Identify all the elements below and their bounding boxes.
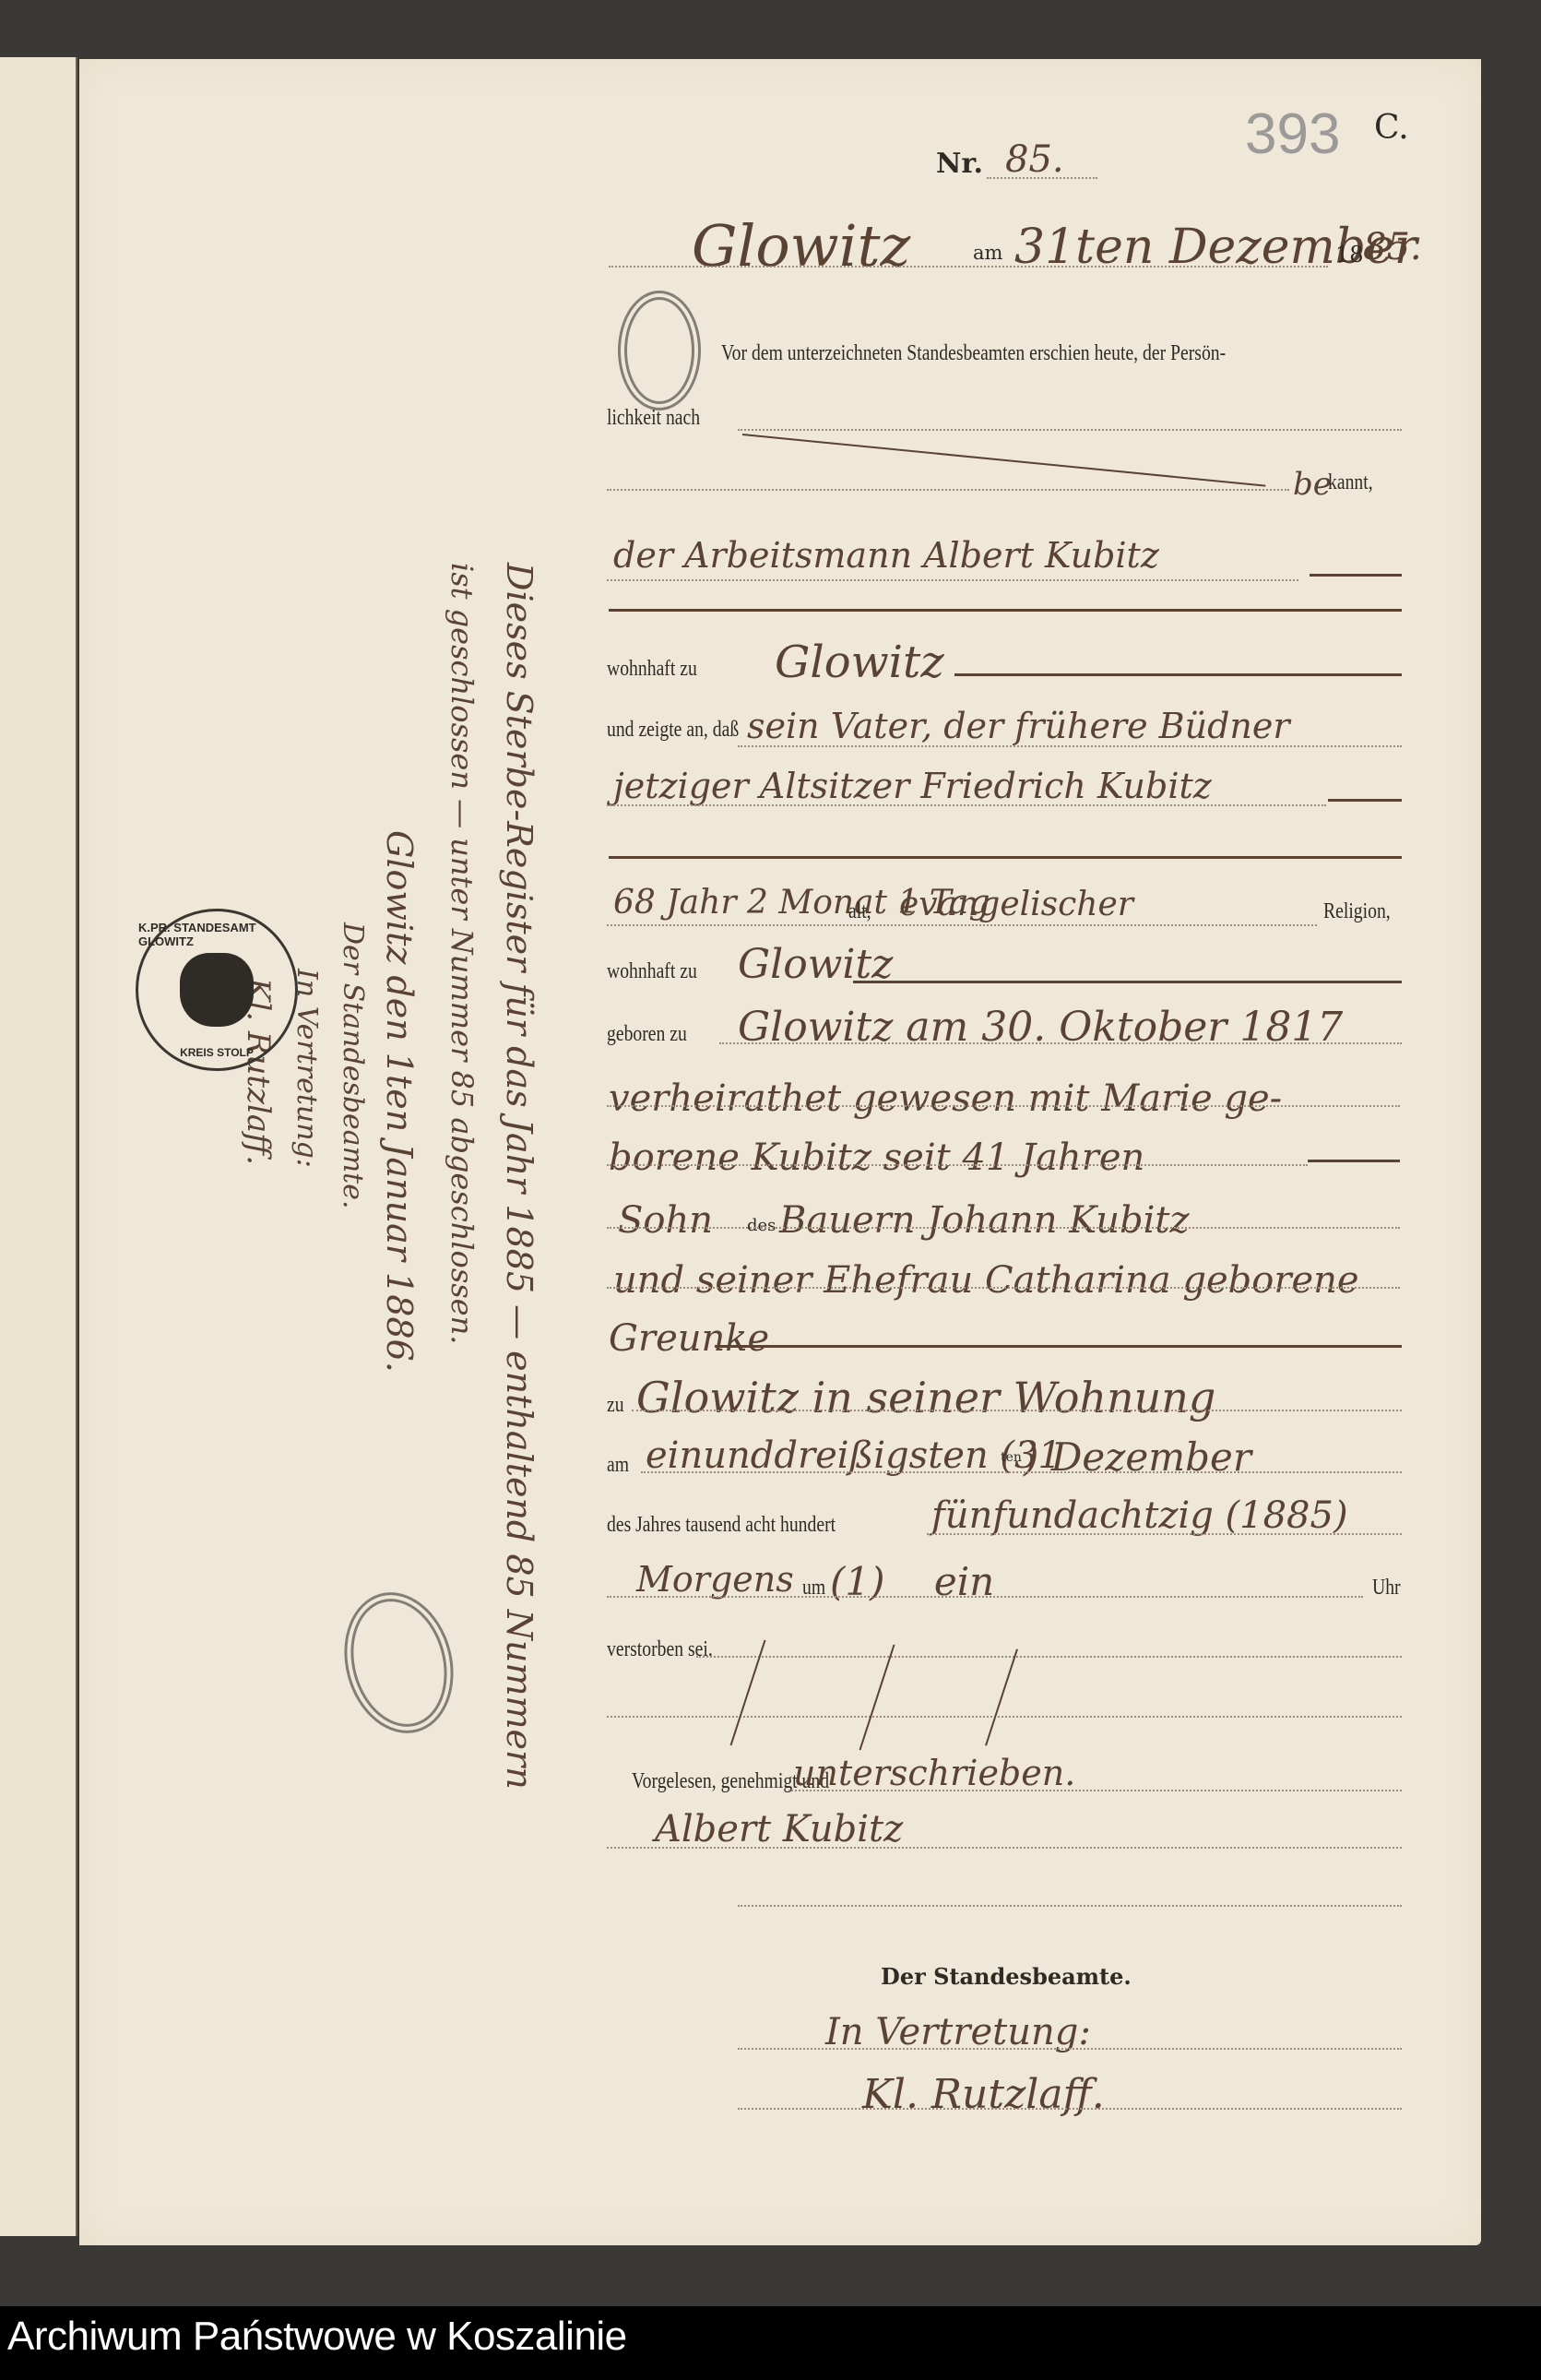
- dotted-line: [607, 804, 1326, 806]
- dotted-line: [696, 1656, 1402, 1658]
- archive-oval-stamp: [618, 291, 701, 411]
- married-line2: borene Kubitz seit 41 Jahren: [609, 1136, 1144, 1179]
- official-signature: Kl. Rutzlaff.: [862, 2071, 1105, 2118]
- intro-known: kannt,: [1328, 470, 1373, 495]
- fill-line: [1328, 799, 1402, 802]
- dotted-line: [607, 579, 1298, 581]
- record-number: 85.: [1005, 138, 1064, 181]
- dotted-line: [738, 2108, 1402, 2110]
- dotted-line: [738, 429, 1402, 431]
- fill-line: [1308, 1160, 1400, 1162]
- dotted-line: [607, 1105, 1400, 1107]
- dotted-line: [607, 1164, 1308, 1166]
- official-title: Der Standesbeamte.: [881, 1963, 1132, 1990]
- place-of-registration: Glowitz: [692, 212, 910, 280]
- series-letter: C.: [1374, 109, 1409, 147]
- fill-line: [954, 673, 1402, 676]
- fill-line: [715, 1345, 1402, 1348]
- dotted-line: [987, 177, 1097, 179]
- deceased-religion: evangelischer: [899, 886, 1133, 923]
- seal-top-text: K.PR. STANDESAMT GLOWITZ: [138, 921, 295, 948]
- death-year-label: des Jahres tausend acht hundert: [607, 1513, 836, 1538]
- dotted-line: [738, 745, 1402, 747]
- reported-line2: jetziger Altsitzer Friedrich Kubitz: [613, 766, 1212, 806]
- residence-label: wohnhaft zu: [607, 657, 697, 682]
- dotted-line: [607, 1847, 1402, 1849]
- year-handwritten: 85.: [1363, 226, 1422, 268]
- father-name: Bauern Johann Kubitz: [779, 1199, 1190, 1242]
- margin-closing-note-line1: Dieses Sterbe-Register für das Jahr 1885…: [499, 563, 539, 1790]
- known-prefix-hand: be: [1293, 466, 1332, 503]
- fill-line: [609, 856, 1402, 859]
- parents-article: des: [747, 1216, 776, 1235]
- year-printed: 18: [1335, 242, 1364, 268]
- archive-caption: Archiwum Państwowe w Koszalinie: [7, 2314, 627, 2360]
- born-label: geboren zu: [607, 1022, 687, 1047]
- civil-registry-seal: K.PR. STANDESAMT GLOWITZ KREIS STOLP: [136, 909, 298, 1071]
- dotted-line: [609, 266, 1328, 268]
- dotted-line: [607, 1716, 1402, 1718]
- fill-line: [609, 609, 1402, 612]
- dotted-line: [607, 1287, 1400, 1289]
- dotted-line: [738, 2048, 1402, 2050]
- dotted-line: [607, 1596, 1363, 1598]
- dotted-line: [927, 1533, 1402, 1535]
- place-of-death: Glowitz in seiner Wohnung: [636, 1373, 1215, 1422]
- informant-signature: Albert Kubitz: [655, 1808, 903, 1850]
- parents-relation: Sohn: [618, 1199, 713, 1242]
- eagle-emblem-icon: [180, 953, 254, 1027]
- dotted-line: [607, 1227, 1400, 1229]
- record-no-label: Nr.: [936, 148, 983, 180]
- seal-bottom-text: KREIS STOLP: [180, 1046, 254, 1059]
- informant-residence: Glowitz: [775, 637, 944, 688]
- died-label: verstorben sei.: [607, 1637, 713, 1662]
- death-year: fünfundachtzig (1885): [931, 1494, 1348, 1537]
- dotted-line: [632, 1410, 1402, 1411]
- margin-closing-note-line3: Glowitz den 1ten Januar 1886.: [379, 830, 420, 1373]
- deceased-residence-label: wohnhaft zu: [607, 959, 697, 984]
- religion-label: Religion,: [1323, 899, 1391, 924]
- date-prefix: am: [973, 242, 1002, 264]
- death-place-label: zu: [607, 1393, 624, 1418]
- dotted-line: [719, 1042, 1402, 1044]
- mother-name: und seiner Ehefrau Catharina geborene: [613, 1259, 1359, 1302]
- dotted-line: [788, 1790, 1402, 1791]
- reported-label: und zeigte an, daß: [607, 718, 739, 743]
- pencil-folio-number: 393: [1245, 101, 1340, 167]
- adjacent-page-edge: [0, 57, 77, 2236]
- read-approved-hand: unterschrieben.: [793, 1753, 1075, 1793]
- fill-line: [1310, 574, 1402, 577]
- age-label: alt,: [848, 899, 871, 924]
- day-suffix: ten: [1001, 1450, 1022, 1465]
- fill-line: [853, 981, 1402, 983]
- dotted-line: [738, 1905, 1402, 1907]
- death-day-label: am: [607, 1453, 629, 1478]
- dotted-line: [607, 924, 1317, 926]
- informant-name: der Arbeitsmann Albert Kubitz: [613, 535, 1159, 576]
- margin-closing-note-line2: ist geschlossen — unter Nummer 85 abgesc…: [445, 563, 480, 1344]
- married-line1: verheirathet gewesen mit Marie ge-: [609, 1077, 1282, 1120]
- reported-line1: sein Vater, der frühere Büdner: [747, 706, 1290, 746]
- margin-closing-note-line4: Der Standesbeamte.: [337, 922, 369, 1209]
- intro-text-line1: Vor dem unterzeichneten Standesbeamten e…: [721, 341, 1226, 366]
- dotted-line: [607, 489, 1289, 491]
- time-unit: Uhr: [1372, 1576, 1401, 1601]
- intro-text-line2: lichkeit nach: [607, 406, 700, 431]
- death-time-of-day: Morgens: [636, 1559, 794, 1600]
- mother-maiden-name: Greunke: [609, 1317, 769, 1360]
- dotted-line: [641, 1471, 1402, 1473]
